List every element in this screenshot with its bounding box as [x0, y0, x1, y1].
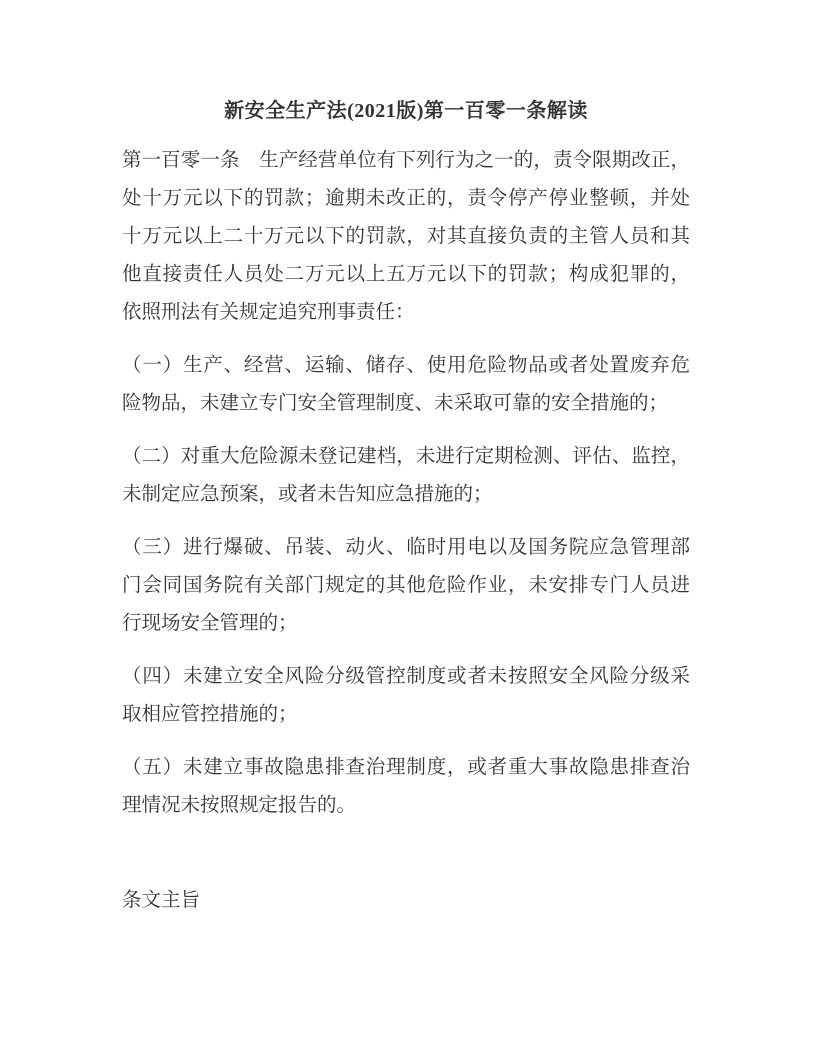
blank-line [122, 840, 690, 882]
text-line: （二）对重大危险源未登记建档，未进行定期检测、评估、监控， [122, 438, 690, 476]
document-title: 新安全生产法(2021版)第一百零一条解读 [122, 92, 690, 130]
text-line: 取相应管控措施的； [122, 696, 690, 734]
text-line: 依照刑法有关规定追究刑事责任： [122, 294, 690, 332]
text-line: （一）生产、经营、运输、储存、使用危险物品或者处置废弃危 [122, 347, 690, 385]
text-line: 他直接责任人员处二万元以上五万元以下的罚款；构成犯罪的， [122, 256, 690, 294]
text-line: 理情况未按照规定报告的。 [122, 787, 690, 825]
section-heading: 条文主旨 [122, 882, 690, 920]
text-line: 处十万元以下的罚款；逾期未改正的，责令停产停业整顿，并处 [122, 180, 690, 218]
list-item-1: （一）生产、经营、运输、储存、使用危险物品或者处置废弃危 险物品，未建立专门安全… [122, 347, 690, 423]
text-line: 行现场安全管理的； [122, 605, 690, 643]
article-intro-paragraph: 第一百零一条 生产经营单位有下列行为之一的，责令限期改正， 处十万元以下的罚款；… [122, 142, 690, 332]
text-line: （四）未建立安全风险分级管控制度或者未按照安全风险分级采 [122, 658, 690, 696]
text-line: （五）未建立事故隐患排查治理制度，或者重大事故隐患排查治 [122, 749, 690, 787]
text-line: 未制定应急预案，或者未告知应急措施的； [122, 476, 690, 514]
text-line: 十万元以上二十万元以下的罚款，对其直接负责的主管人员和其 [122, 218, 690, 256]
text-line: 第一百零一条 生产经营单位有下列行为之一的，责令限期改正， [122, 142, 690, 180]
document-page: 新安全生产法(2021版)第一百零一条解读 第一百零一条 生产经营单位有下列行为… [0, 0, 816, 1056]
text-line: 险物品，未建立专门安全管理制度、未采取可靠的安全措施的； [122, 385, 690, 423]
list-item-5: （五）未建立事故隐患排查治理制度，或者重大事故隐患排查治 理情况未按照规定报告的… [122, 749, 690, 825]
list-item-4: （四）未建立安全风险分级管控制度或者未按照安全风险分级采 取相应管控措施的； [122, 658, 690, 734]
list-item-3: （三）进行爆破、吊装、动火、临时用电以及国务院应急管理部 门会同国务院有关部门规… [122, 529, 690, 643]
text-line: 门会同国务院有关部门规定的其他危险作业，未安排专门人员进 [122, 567, 690, 605]
text-line: （三）进行爆破、吊装、动火、临时用电以及国务院应急管理部 [122, 529, 690, 567]
list-item-2: （二）对重大危险源未登记建档，未进行定期检测、评估、监控， 未制定应急预案，或者… [122, 438, 690, 514]
